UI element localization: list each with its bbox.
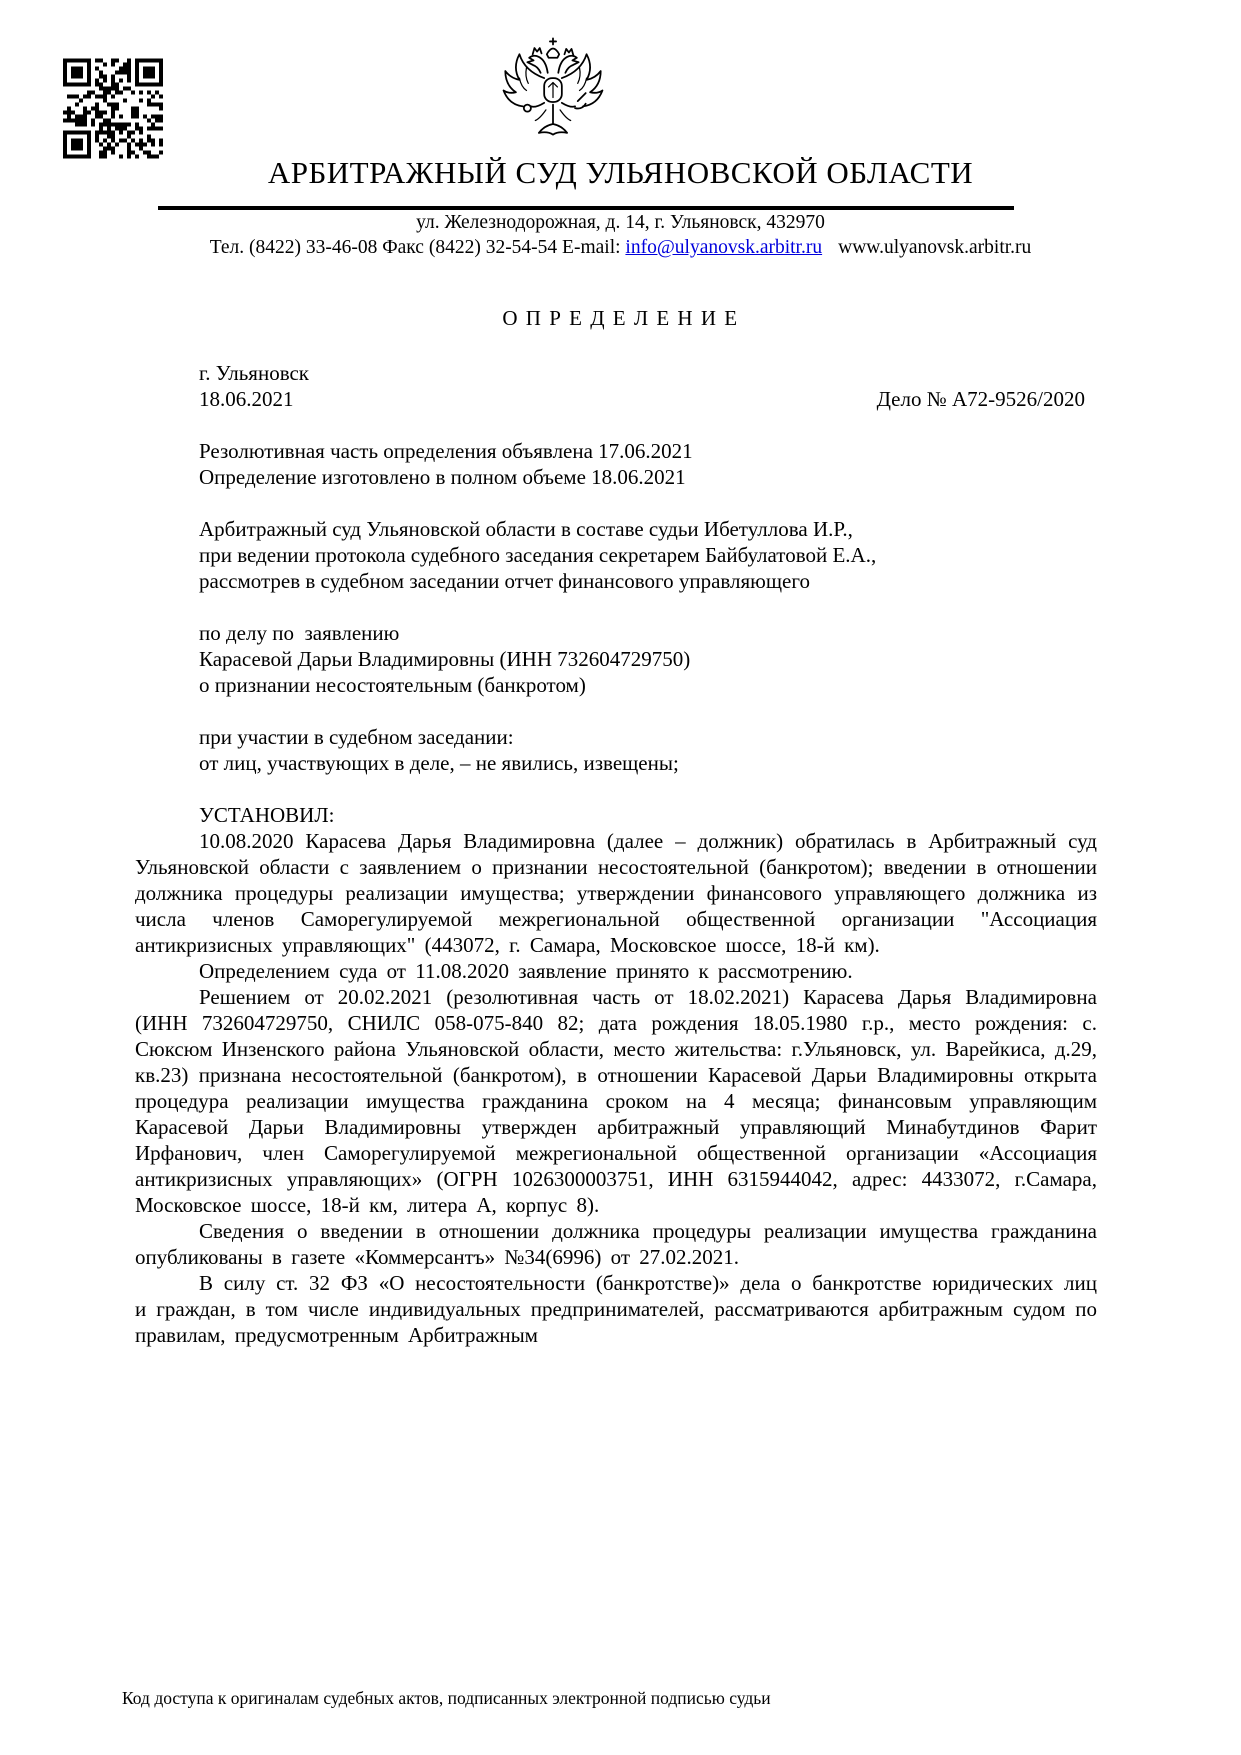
composition-line: при ведении протокола судебного заседани… xyxy=(135,542,1097,568)
qr-code-icon xyxy=(63,57,163,160)
attendance-line: при участии в судебном заседании: xyxy=(135,724,1097,750)
spacer xyxy=(135,698,1097,724)
spacer xyxy=(135,776,1097,802)
spacer xyxy=(135,490,1097,516)
date-case-row: 18.06.2021 Дело № А72-9526/2020 xyxy=(135,386,1097,412)
phone-fax-text: Тел. (8422) 33-46-08 Факс (8422) 32-54-5… xyxy=(210,237,626,258)
spacer xyxy=(135,594,1097,620)
header-divider-rule xyxy=(158,206,1014,210)
document-title: О П Р Е Д Е Л Е Н И Е xyxy=(0,306,1241,331)
case-subject-line: о признании несостоятельным (банкротом) xyxy=(135,672,1097,698)
email-link[interactable]: info@ulyanovsk.arbitr.ru xyxy=(625,237,822,258)
body-paragraph: 10.08.2020 Карасева Дарья Владимировна (… xyxy=(135,828,1097,958)
website-text: www.ulyanovsk.arbitr.ru xyxy=(838,237,1031,258)
full-text-made-line: Определение изготовлено в полном объеме … xyxy=(135,464,1097,490)
body-paragraph: Определением суда от 11.08.2020 заявлени… xyxy=(135,958,1097,984)
court-address-line: ул. Железнодорожная, д. 14, г. Ульяновск… xyxy=(0,212,1241,234)
body-paragraph: В силу ст. 32 ФЗ «О несостоятельности (б… xyxy=(135,1270,1097,1348)
document-date: 18.06.2021 xyxy=(199,386,294,412)
case-subject-line: по делу по заявлению xyxy=(135,620,1097,646)
established-heading: УСТАНОВИЛ: xyxy=(135,802,1097,828)
court-name-title: АРБИТРАЖНЫЙ СУД УЛЬЯНОВСКОЙ ОБЛАСТИ xyxy=(0,155,1241,191)
city-line: г. Ульяновск xyxy=(135,360,1097,386)
court-contact-line: Тел. (8422) 33-46-08 Факс (8422) 32-54-5… xyxy=(0,237,1241,259)
case-subject-line: Карасевой Дарьи Владимировны (ИНН 732604… xyxy=(135,646,1097,672)
document-body: г. Ульяновск 18.06.2021 Дело № А72-9526/… xyxy=(135,360,1097,1348)
spacer xyxy=(135,412,1097,438)
composition-line: рассмотрев в судебном заседании отчет фи… xyxy=(135,568,1097,594)
resolution-announced-line: Резолютивная часть определения объявлена… xyxy=(135,438,1097,464)
russia-coat-of-arms-icon xyxy=(500,33,606,155)
body-paragraph: Сведения о введении в отношении должника… xyxy=(135,1218,1097,1270)
case-number: Дело № А72-9526/2020 xyxy=(877,386,1085,412)
attendance-line: от лиц, участвующих в деле, – не явились… xyxy=(135,750,1097,776)
body-paragraph: Решением от 20.02.2021 (резолютивная час… xyxy=(135,984,1097,1218)
composition-line: Арбитражный суд Ульяновской области в со… xyxy=(135,516,1097,542)
footer-access-code-note: Код доступа к оригиналам судебных актов,… xyxy=(122,1688,1122,1709)
court-document-page: АРБИТРАЖНЫЙ СУД УЛЬЯНОВСКОЙ ОБЛАСТИ ул. … xyxy=(0,0,1241,1755)
